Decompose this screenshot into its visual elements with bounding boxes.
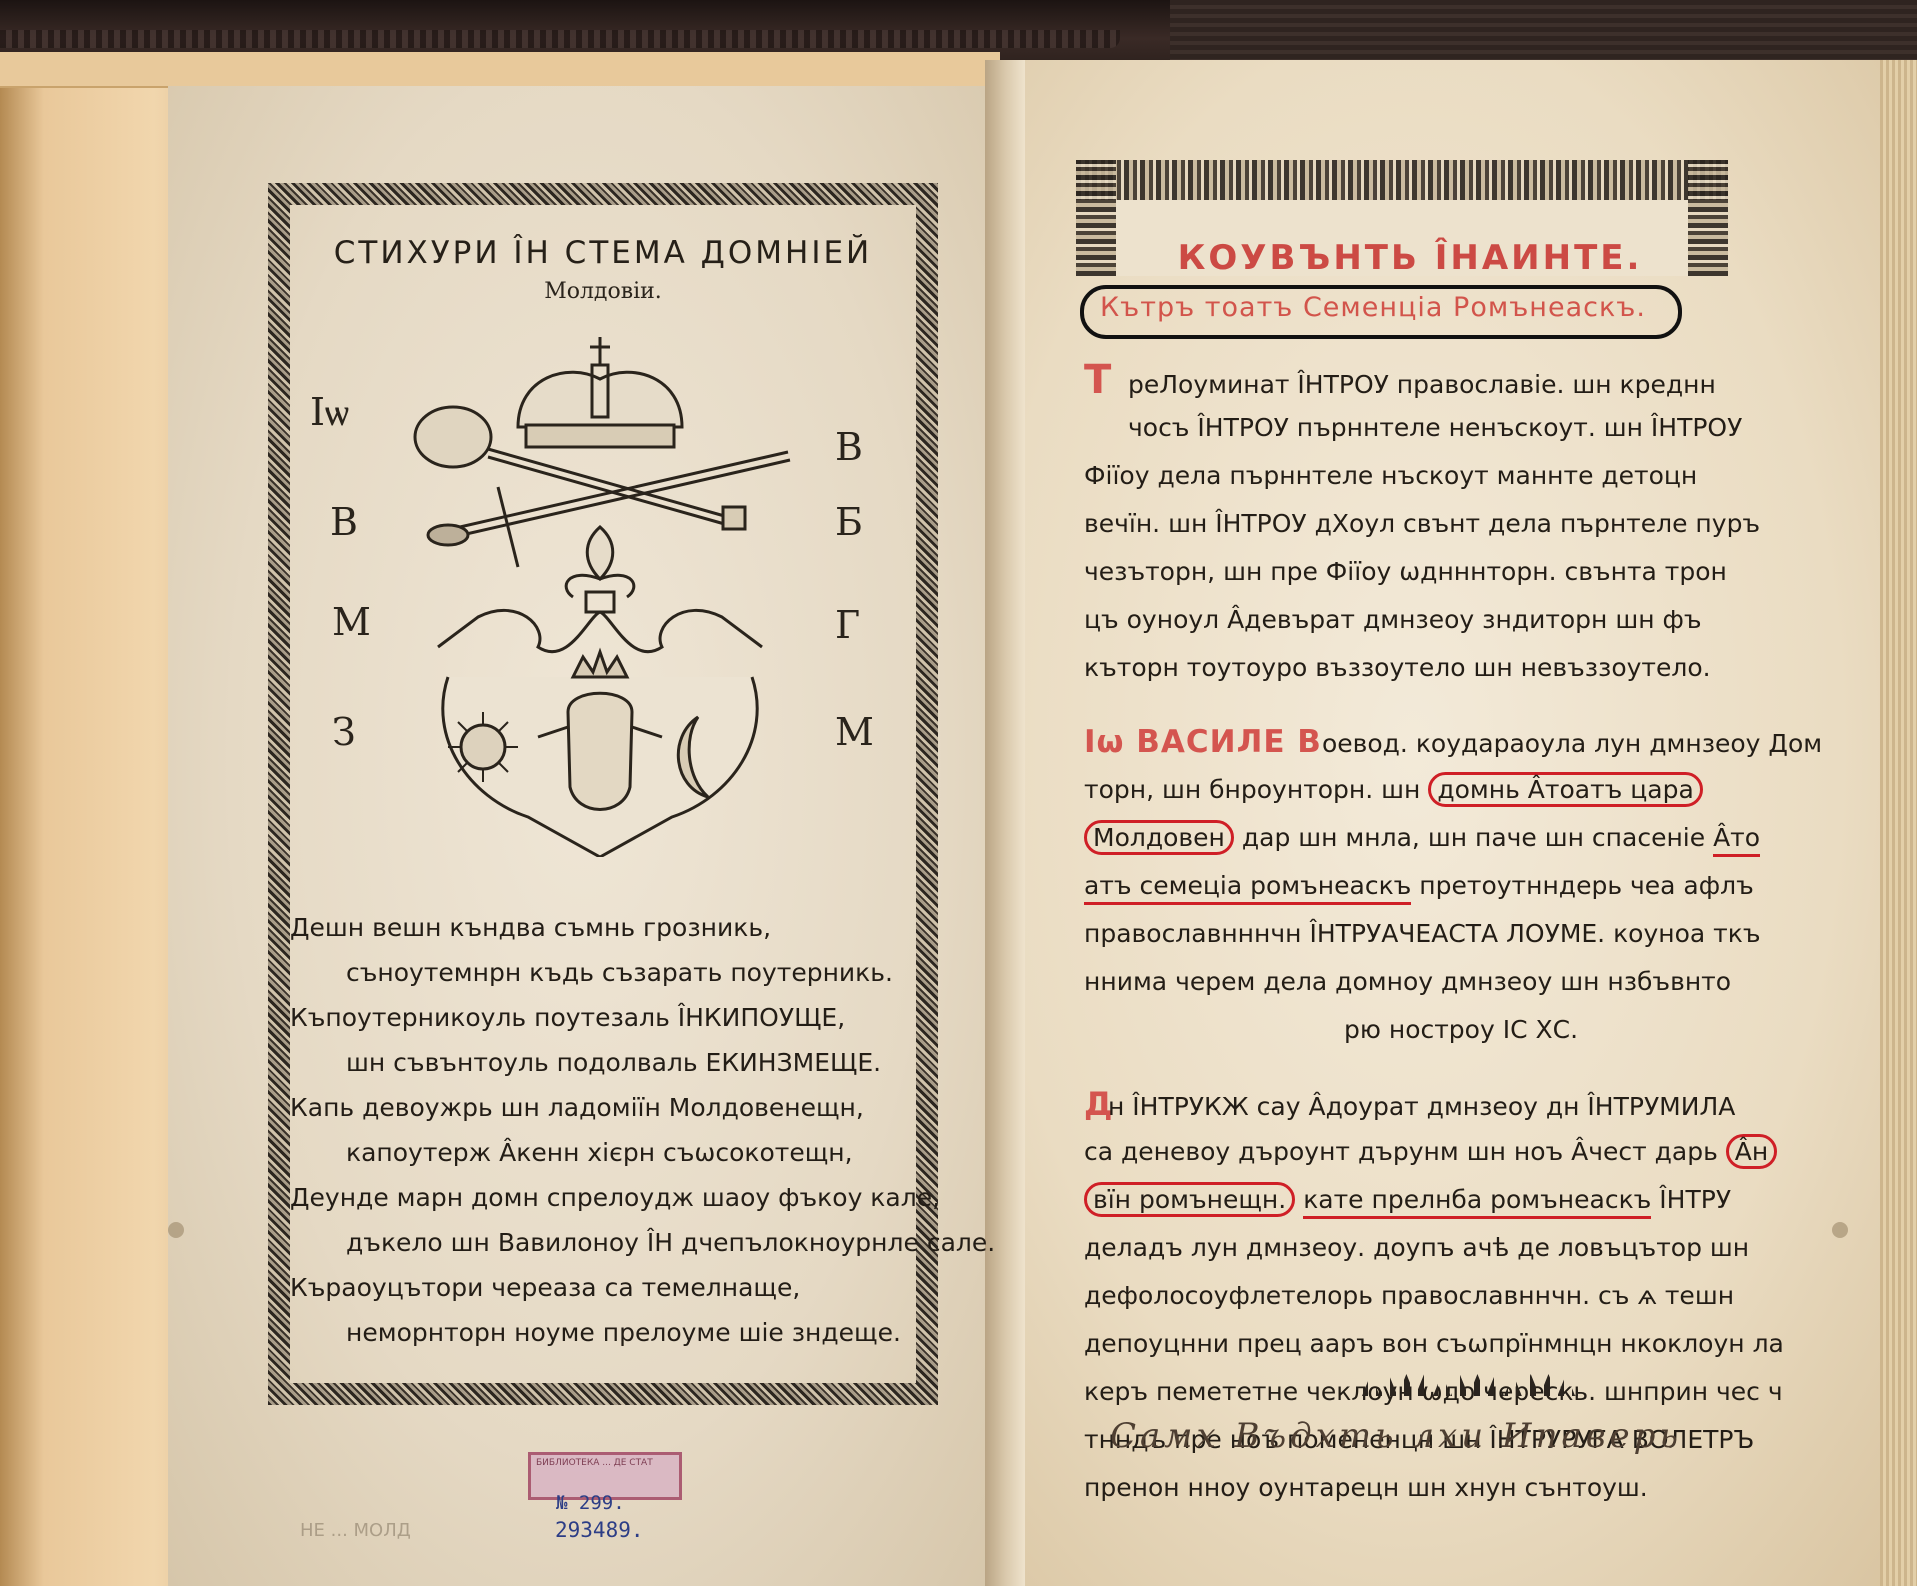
page-edges <box>1880 60 1917 1586</box>
text-line: Іѡ ВАСИЛЕ Воевод. коудараоула лун дмнзео… <box>1084 718 1774 766</box>
text-line: чезъторн, шн пре Фіїоу ѡднннторн. свънта… <box>1084 548 1774 596</box>
text-line: вечїн. шн ÎНТРОУ дХоул свънт дела пърнте… <box>1084 500 1774 548</box>
preface-body: ТреЛоуминат ÎНТРОУ православіе. шн кредн… <box>1084 356 1774 1512</box>
text-line: атъ семеціа ромънеаскъ претоутнндерь чеа… <box>1084 862 1774 910</box>
verse-line: дъкело шн Вавилоноу ÎН дчепълокноурнле с… <box>290 1220 916 1265</box>
verse-line: капоутерж Âкенн хієрн съѡсокотещн, <box>290 1130 916 1175</box>
verse-line: неморнторн ноуме прелоуме шіе зндеще. <box>290 1310 916 1355</box>
left-page-content: СТИХУРИ ÎН СТЕМА ДОМНІЕЙ Молдовіи. Іѡ В … <box>290 205 916 1383</box>
ornamental-headpiece-right <box>1688 160 1728 276</box>
annotation-underline: Âто <box>1713 823 1760 857</box>
ornamental-headpiece-left <box>1076 160 1116 276</box>
text-line: къторн тоутоуро въззоутело шн невъззоуте… <box>1084 644 1774 692</box>
verse-line: съноутемнрн къдь съзарать поутерникь. <box>290 950 916 995</box>
line-text: торн, шн бнроунторн. шн <box>1084 775 1428 804</box>
ornamental-headpiece <box>1076 160 1728 200</box>
text-line: цъ оуноул Âдевърат дмнзеоу зндиторн шн ф… <box>1084 596 1774 644</box>
text-line: вїн ромънещн. кате прелнба ромънеаскъ ÎН… <box>1084 1176 1774 1224</box>
text-line: Молдовен дар шн мнла, шн паче шн спасені… <box>1084 814 1774 862</box>
poem-verses: Дешн вешн къндва съмнь грозникь, съноуте… <box>290 905 916 1355</box>
verse-line: шн съвънтоуль подолваль ЕКИНЗМЕЩЕ. <box>290 1040 916 1085</box>
annotation-circle: вїн ромънещн. <box>1084 1182 1295 1217</box>
right-page-title: КОУВЪНТЬ ÎНАИНТЕ. <box>1130 238 1690 278</box>
faded-show-through-text: НЕ ... МОЛД <box>300 1520 411 1541</box>
text-line: торн, шн бнроунторн. шн домнь Âтоатъ цар… <box>1084 766 1774 814</box>
stamp-label: БИБЛИОТЕКА ... ДЕ СТАТ <box>531 1455 679 1472</box>
verse-line: Капь девоужрь шн ладоміїн Молдовенещн, <box>290 1085 916 1130</box>
right-page-subtitle: Кътръ тоатъ Семенціа Ромънеаскъ. <box>1100 292 1700 323</box>
line-text: ÎНТРУ <box>1651 1185 1731 1214</box>
left-page-subtitle: Молдовіи. <box>290 279 916 304</box>
text-line: православнннчн ÎНТРУАЧЕАСТА ЛОУМЕ. коуно… <box>1084 910 1774 958</box>
handwritten-note: Самх Въдхть лхи Ипаверь <box>1110 1416 1682 1456</box>
side-letter: В <box>835 425 863 469</box>
text-line: депоуцнни прец ааръ вон съѡпрїнмнцн нкок… <box>1084 1320 1774 1368</box>
line-text: н ÎНТРУКЖ сау Âдоурат дмнзеоу дн ÎНТРУМИ… <box>1108 1092 1735 1121</box>
drop-cap: Т <box>1084 356 1128 404</box>
text-line: ТреЛоуминат ÎНТРОУ православіе. шн кредн… <box>1084 356 1774 404</box>
annotation-underline: атъ семеціа ромънеаскъ <box>1084 871 1411 905</box>
binding-hole <box>1832 1222 1848 1238</box>
line-text: са деневоу дъроунт дърунм шн ноъ Âчест д… <box>1084 1137 1726 1166</box>
binding-hole <box>168 1222 184 1238</box>
verse-line: Деунде марн домн спрелоудж шаоу фъкоу ка… <box>290 1175 916 1220</box>
text-line: чосъ ÎНТРОУ пърннтеле ненъскоут. шн ÎНТР… <box>1084 404 1774 452</box>
line-text: претоутнндерь чеа афлъ <box>1411 871 1753 900</box>
annotation-circle: домнь Âтоатъ цара <box>1428 772 1702 807</box>
side-letter: В <box>330 500 358 544</box>
annotation-circle: Âн <box>1726 1134 1777 1169</box>
cover-tooling <box>0 30 1120 48</box>
text-line: Дн ÎНТРУКЖ сау Âдоурат дмнзеоу дн ÎНТРУМ… <box>1084 1080 1774 1128</box>
drop-cap: Д <box>1084 1080 1108 1128</box>
line-text: реЛоуминат ÎНТРОУ православіе. шн креднн <box>1128 370 1716 399</box>
line-text: дар шн мнла, шн паче шн спасеніе <box>1234 823 1713 852</box>
side-letter: Г <box>835 603 860 647</box>
verse-line: Къпоутерникоуль поутезаль ÎНКИПОУЩЕ, <box>290 995 916 1040</box>
text-line: са деневоу дъроунт дърунм шн ноъ Âчест д… <box>1084 1128 1774 1176</box>
verse-line: Дешн вешн къндва съмнь грозникь, <box>290 905 916 950</box>
text-line: Фіїоу дела пърннтеле нъскоут маннте дето… <box>1084 452 1774 500</box>
side-letter: М <box>332 600 371 644</box>
side-letter: Іѡ <box>310 390 349 435</box>
rubric-heading: Іѡ ВАСИЛЕ В <box>1084 724 1322 760</box>
text-line: рю ностроу ІС ХС. <box>1084 1006 1774 1054</box>
text-line: ннима черем дела домноу дмнзеоу шн нзбъв… <box>1084 958 1774 1006</box>
side-letter: М <box>835 710 874 754</box>
side-letter: З <box>332 710 356 754</box>
text-line: деладъ лун дмнзеоу. доупъ ачѣ де ловъцът… <box>1084 1224 1774 1272</box>
line-text: оевод. коудараоула лун дмнзеоу Дом <box>1322 729 1822 758</box>
text-line: дефолосоуфлетелорь православннчн. съ ѧ т… <box>1084 1272 1774 1320</box>
gutter <box>985 60 1025 1586</box>
side-letter: Б <box>835 500 863 544</box>
endpaper-strip <box>0 52 1000 88</box>
left-page-title: СТИХУРИ ÎН СТЕМА ДОМНІЕЙ <box>290 235 916 271</box>
verse-line: Къраоуцътори череаза са темелнаще, <box>290 1265 916 1310</box>
text-line: пренон нноу оунтарецн шн хнун сънтоуш. <box>1084 1464 1774 1512</box>
shelfmark: 293489. <box>555 1518 644 1542</box>
annotation-underline: кате прелнба ромънеаскъ <box>1303 1185 1651 1219</box>
annotation-circle: Молдовен <box>1084 820 1234 855</box>
stamp-number: № 299. <box>556 1492 625 1514</box>
coat-of-arms-icon <box>368 317 828 857</box>
